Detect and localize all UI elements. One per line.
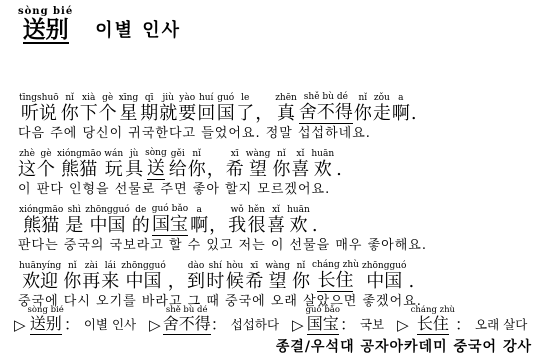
hanzi-text: 候	[226, 272, 244, 292]
hanzi-segment: a啊	[392, 93, 410, 124]
hanzi-segment: wàng望	[245, 149, 272, 180]
colon-separator: ：	[64, 316, 80, 334]
hanzi-text: 中国	[126, 272, 162, 292]
hanzi-text: .	[411, 104, 417, 124]
hanzi-text: 再	[82, 272, 100, 292]
hanzi-segment: zài再	[82, 261, 100, 292]
hanzi-segment: jiù就	[159, 93, 177, 124]
title-block: sòng bié 送别 이별 인사	[18, 6, 181, 44]
hanzi-text: 到	[187, 272, 205, 292]
hanzi-segment: xī希	[226, 149, 244, 180]
hanzi-text: 希	[245, 272, 263, 292]
hanzi-text: 要	[178, 104, 196, 124]
vocab-word: 长住	[417, 315, 449, 334]
title-word: sòng bié 送别	[18, 6, 73, 44]
hanzi-text: ，	[168, 272, 186, 292]
hanzi-text: 你	[272, 160, 290, 180]
hanzi-pinyin-line: huānyíng欢迎nǐ你zài再lái来zhōngguó中国，dào到shí时…	[18, 260, 536, 292]
hanzi-text: 来	[101, 272, 119, 292]
hanzi-segment: huān欢	[310, 149, 335, 180]
hanzi-text: 期	[140, 104, 158, 124]
hanzi-text: 欢	[289, 216, 307, 236]
vocab-word-column: cháng zhù长住	[411, 305, 455, 335]
hanzi-segment: zhōngguó中国	[361, 261, 408, 292]
sentence-list: tīngshuō听说nǐ你xià下gè个xīng星qī期jiù就yào要huí回…	[18, 92, 536, 310]
hanzi-segment: nǐ你	[63, 261, 81, 292]
hanzi-segment: hěn很	[247, 205, 266, 236]
hanzi-text: 送	[147, 159, 165, 180]
hanzi-segment: huān欢	[286, 205, 311, 236]
hanzi-segment: xǐ喜	[267, 205, 285, 236]
vocab-row: ▷sòng bié送别：이별 인사▷shě bù dé舍不得：섭섭하다▷guó …	[14, 305, 540, 335]
hanzi-segment: gè个	[37, 149, 55, 180]
sentence-block: tīngshuō听说nǐ你xià下gè个xīng星qī期jiù就yào要huí回…	[18, 92, 536, 142]
hanzi-segment: guó bǎo国宝	[151, 204, 189, 236]
hanzi-text: 是	[65, 216, 83, 236]
hanzi-segment: zǒu走	[373, 93, 391, 124]
hanzi-segment: qī期	[140, 93, 158, 124]
hanzi-text: 就	[159, 104, 177, 124]
hanzi-text: 舍不得	[299, 103, 353, 124]
hanzi-text: 中国	[366, 272, 402, 292]
hanzi-segment: xià下	[80, 93, 98, 124]
hanzi-segment: shě bù dé舍不得	[299, 92, 353, 124]
hanzi-text: 给	[169, 160, 187, 180]
hanzi-text: 时	[206, 272, 224, 292]
hanzi-text: 中国	[90, 216, 126, 236]
hanzi-text: 很	[248, 216, 266, 236]
colon-separator: ：	[211, 316, 227, 334]
hanzi-text: 熊猫	[61, 160, 97, 180]
hanzi-segment: dào到	[187, 261, 206, 292]
hanzi-segment: ，	[168, 261, 186, 292]
hanzi-segment: nǐ你	[354, 93, 372, 124]
hanzi-segment: nǐ你	[188, 149, 206, 180]
hanzi-text: 你	[188, 160, 206, 180]
hanzi-text: 个	[37, 160, 55, 180]
hanzi-segment: yào要	[178, 93, 196, 124]
hanzi-text: 你	[61, 104, 79, 124]
hanzi-segment: wàng望	[264, 261, 291, 292]
hanzi-segment: ，	[209, 205, 227, 236]
hanzi-text: 你	[292, 272, 310, 292]
hanzi-segment: shì是	[65, 205, 83, 236]
hanzi-segment: huí回	[197, 93, 215, 124]
hanzi-segment: gěi给	[169, 149, 187, 180]
hanzi-text: 星	[119, 104, 137, 124]
hanzi-pinyin-line: xióngmāo熊猫shì是zhōngguó中国de的guó bǎo国宝a啊，w…	[18, 204, 536, 236]
sentence-block: zhè这gè个xióngmāo熊猫wán玩jù具sòng送gěi给nǐ你，xī希…	[18, 148, 536, 198]
triangle-marker: ▷	[292, 316, 304, 335]
korean-translation: 다음 주에 당신이 귀국한다고 들었어요. 정말 섭섭하네요.	[18, 126, 536, 142]
title-korean: 이별 인사	[95, 16, 181, 44]
hanzi-segment: jù具	[125, 149, 143, 180]
hanzi-text: 望	[269, 272, 287, 292]
hanzi-text: 这	[18, 160, 36, 180]
vocab-meaning: 오래 살다	[475, 317, 527, 334]
korean-translation: 판다는 중국의 국보라고 할 수 있고 저는 이 선물을 매우 좋아해요.	[18, 238, 536, 254]
hanzi-pinyin-line: tīngshuō听说nǐ你xià下gè个xīng星qī期jiù就yào要huí回…	[18, 92, 536, 124]
hanzi-segment: zhè这	[18, 149, 36, 180]
vocab-item: ▷shě bù dé舍不得：섭섭하다	[149, 305, 279, 335]
vocab-word: 送别	[30, 315, 62, 334]
hanzi-segment: gè个	[99, 93, 117, 124]
hanzi-text: 下	[80, 104, 98, 124]
hanzi-pinyin-line: zhè这gè个xióngmāo熊猫wán玩jù具sòng送gěi给nǐ你，xī希…	[18, 148, 536, 180]
hanzi-segment: tīngshuō听说	[18, 93, 60, 124]
hanzi-text: .	[312, 216, 318, 236]
hanzi-text: 希	[226, 160, 244, 180]
hanzi-text: 了	[236, 104, 254, 124]
hanzi-segment: nǐ你	[292, 261, 310, 292]
hanzi-segment: xióngmāo熊猫	[18, 205, 64, 236]
vocab-word-column: shě bù dé舍不得	[163, 305, 211, 335]
hanzi-segment: ，	[255, 93, 273, 124]
hanzi-text: 国	[217, 104, 235, 124]
hanzi-text: 个	[99, 104, 117, 124]
credit-line: 종결/우석대 공자아카데미 중국어 강사	[276, 336, 532, 356]
hanzi-text: ，	[207, 160, 225, 180]
hanzi-text: 回	[197, 104, 215, 124]
hanzi-segment: zhōngguó中国	[120, 261, 167, 292]
hanzi-text: 你	[63, 272, 81, 292]
hanzi-text: 欢	[314, 160, 332, 180]
hanzi-text: 走	[373, 104, 391, 124]
triangle-marker: ▷	[397, 316, 409, 335]
korean-translation: 이 판다 인형을 선물로 주면 좋아 할지 모르겠어요.	[18, 182, 536, 198]
hanzi-segment: wán玩	[103, 149, 124, 180]
hanzi-segment: le了	[236, 93, 254, 124]
hanzi-segment: zhēn真	[274, 93, 298, 124]
hanzi-segment: shí时	[206, 261, 224, 292]
textbook-page: sòng bié 送别 이별 인사 tīngshuō听说nǐ你xià下gè个xī…	[0, 0, 540, 360]
vocab-word: 国宝	[307, 315, 339, 334]
triangle-marker: ▷	[149, 316, 161, 335]
hanzi-text: 听说	[21, 104, 57, 124]
colon-separator: ：	[455, 316, 471, 334]
vocab-item: ▷sòng bié送别：이별 인사	[14, 305, 136, 335]
hanzi-segment: sòng送	[144, 148, 168, 180]
triangle-marker: ▷	[14, 316, 26, 335]
hanzi-segment: cháng zhù长住	[311, 260, 360, 292]
hanzi-segment: ，	[207, 149, 225, 180]
vocab-meaning: 섭섭하다	[231, 317, 279, 334]
hanzi-segment: .	[411, 93, 417, 124]
hanzi-text: 具	[125, 160, 143, 180]
hanzi-text: 真	[277, 104, 295, 124]
hanzi-segment: xǐ喜	[291, 149, 309, 180]
sentence-block: huānyíng欢迎nǐ你zài再lái来zhōngguó中国，dào到shí时…	[18, 260, 536, 310]
hanzi-segment: .	[312, 205, 318, 236]
vocab-word: 舍不得	[163, 315, 211, 334]
vocab-meaning: 국보	[360, 317, 384, 334]
hanzi-text: 长住	[317, 271, 353, 292]
hanzi-text: 啊	[190, 216, 208, 236]
hanzi-text: 我	[228, 216, 246, 236]
hanzi-segment: .	[336, 149, 342, 180]
hanzi-segment: xióngmāo熊猫	[56, 149, 102, 180]
hanzi-segment: .	[408, 261, 414, 292]
hanzi-segment: guó国	[216, 93, 235, 124]
hanzi-text: 望	[249, 160, 267, 180]
vocab-item: ▷cháng zhù长住：오래 살다	[397, 305, 527, 335]
vocab-word-column: guó bǎo国宝	[306, 305, 340, 335]
hanzi-text: 国宝	[152, 215, 188, 236]
hanzi-text: 欢迎	[22, 272, 58, 292]
hanzi-text: 的	[132, 216, 150, 236]
hanzi-text: 你	[354, 104, 372, 124]
hanzi-segment: wǒ我	[228, 205, 246, 236]
hanzi-segment: lái来	[101, 261, 119, 292]
vocab-item: ▷guó bǎo国宝：국보	[292, 305, 384, 335]
sentence-block: xióngmāo熊猫shì是zhōngguó中国de的guó bǎo国宝a啊，w…	[18, 204, 536, 254]
hanzi-segment: xīng星	[118, 93, 140, 124]
hanzi-segment: de的	[132, 205, 150, 236]
hanzi-segment: xī希	[245, 261, 263, 292]
hanzi-segment: zhōngguó中国	[84, 205, 131, 236]
hanzi-text: .	[408, 272, 414, 292]
hanzi-text: 啊	[392, 104, 410, 124]
hanzi-text: ，	[255, 104, 273, 124]
hanzi-text: 喜	[291, 160, 309, 180]
hanzi-text: 喜	[267, 216, 285, 236]
hanzi-segment: a啊	[190, 205, 208, 236]
hanzi-segment: huānyíng欢迎	[18, 261, 62, 292]
title-hanzi: 送别	[23, 17, 69, 44]
vocab-word-column: sòng bié送别	[28, 305, 64, 335]
hanzi-text: 玩	[105, 160, 123, 180]
hanzi-text: 熊猫	[23, 216, 59, 236]
colon-separator: ：	[340, 316, 356, 334]
hanzi-text: .	[336, 160, 342, 180]
hanzi-segment: hòu候	[225, 261, 244, 292]
vocab-meaning: 이별 인사	[84, 317, 136, 334]
hanzi-segment: nǐ你	[272, 149, 290, 180]
hanzi-text: ，	[209, 216, 227, 236]
hanzi-segment: nǐ你	[61, 93, 79, 124]
